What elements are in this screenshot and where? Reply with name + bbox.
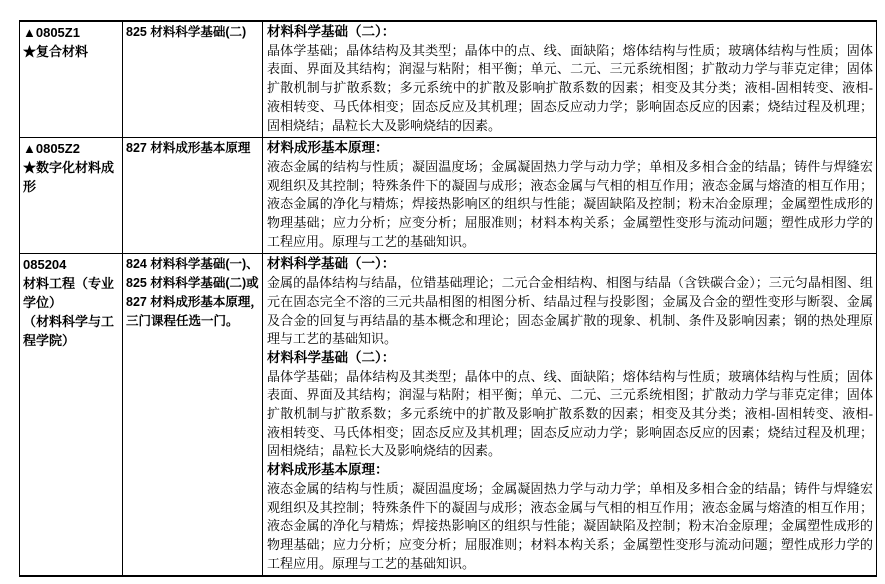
content-section: 材料成形基本原理： 液态金属的结构与性质；凝固温度场；金属凝固热力学与动力学；单… [267,139,873,251]
exam-subject-cell: 827 材料成形基本原理 [123,138,263,253]
section-heading: 材料科学基础（二）： [267,349,873,368]
program-school: （材料科学与工程学院） [23,312,119,350]
exam-subjects-table: ▲0805Z1 ★复合材料 825 材料科学基础(二) 材料科学基础（二）： 晶… [19,20,877,577]
exam-subject-cell: 824 材料科学基础(一)、 825 材料科学基础(二)或 827 材料成形基本… [123,254,263,575]
subject-line: 825 材料科学基础(二)或 [126,274,259,293]
exam-subject-cell: 825 材料科学基础(二) [123,22,263,137]
program-name: ★数字化材料成形 [23,158,119,196]
section-heading: 材料科学基础（二）： [267,23,873,42]
content-section: 材料科学基础（二）： 晶体学基础；晶体结构及其类型；晶体中的点、线、面缺陷；熔体… [267,349,873,461]
section-body: 液态金属的结构与性质；凝固温度场；金属凝固热力学与动力学；单相及多相合金的结晶；… [267,480,873,574]
program-code: ▲0805Z2 [23,139,119,158]
program-code: 085204 [23,255,119,274]
content-section: 材料科学基础（二）： 晶体学基础；晶体结构及其类型；晶体中的点、线、面缺陷；熔体… [267,23,873,135]
table-row: ▲0805Z1 ★复合材料 825 材料科学基础(二) 材料科学基础（二）： 晶… [20,22,876,138]
subject-line: 827 材料成形基本原理， [126,293,259,312]
subject-line: 825 材料科学基础(二) [126,23,259,42]
subject-line: 824 材料科学基础(一)、 [126,255,259,274]
program-code: ▲0805Z1 [23,23,119,42]
program-name: 材料工程（专业学位） [23,274,119,312]
exam-content-cell: 材料科学基础（二）： 晶体学基础；晶体结构及其类型；晶体中的点、线、面缺陷；熔体… [263,22,876,137]
table-row: ▲0805Z2 ★数字化材料成形 827 材料成形基本原理 材料成形基本原理： … [20,138,876,254]
document-page: ▲0805Z1 ★复合材料 825 材料科学基础(二) 材料科学基础（二）： 晶… [0,0,885,584]
section-body: 晶体学基础；晶体结构及其类型；晶体中的点、线、面缺陷；熔体结构与性质；玻璃体结构… [267,368,873,462]
section-body: 金属的晶体结构与结晶，位错基础理论；二元合金相结构、相图与结晶（含铁碳合金）；三… [267,274,873,349]
subject-line: 三门课程任选一门。 [126,312,259,331]
subject-line: 827 材料成形基本原理 [126,139,259,158]
section-heading: 材料成形基本原理： [267,461,873,480]
program-code-cell: 085204 材料工程（专业学位） （材料科学与工程学院） [20,254,123,575]
section-heading: 材料科学基础（一）： [267,255,873,274]
table-row: 085204 材料工程（专业学位） （材料科学与工程学院） 824 材料科学基础… [20,254,876,575]
section-body: 液态金属的结构与性质；凝固温度场；金属凝固热力学与动力学；单相及多相合金的结晶；… [267,158,873,252]
exam-content-cell: 材料成形基本原理： 液态金属的结构与性质；凝固温度场；金属凝固热力学与动力学；单… [263,138,876,253]
content-section: 材料科学基础（一）： 金属的晶体结构与结晶，位错基础理论；二元合金相结构、相图与… [267,255,873,349]
content-section: 材料成形基本原理： 液态金属的结构与性质；凝固温度场；金属凝固热力学与动力学；单… [267,461,873,573]
section-heading: 材料成形基本原理： [267,139,873,158]
exam-content-cell: 材料科学基础（一）： 金属的晶体结构与结晶，位错基础理论；二元合金相结构、相图与… [263,254,876,575]
program-code-cell: ▲0805Z2 ★数字化材料成形 [20,138,123,253]
program-name: ★复合材料 [23,42,119,61]
program-code-cell: ▲0805Z1 ★复合材料 [20,22,123,137]
section-body: 晶体学基础；晶体结构及其类型；晶体中的点、线、面缺陷；熔体结构与性质；玻璃体结构… [267,42,873,136]
